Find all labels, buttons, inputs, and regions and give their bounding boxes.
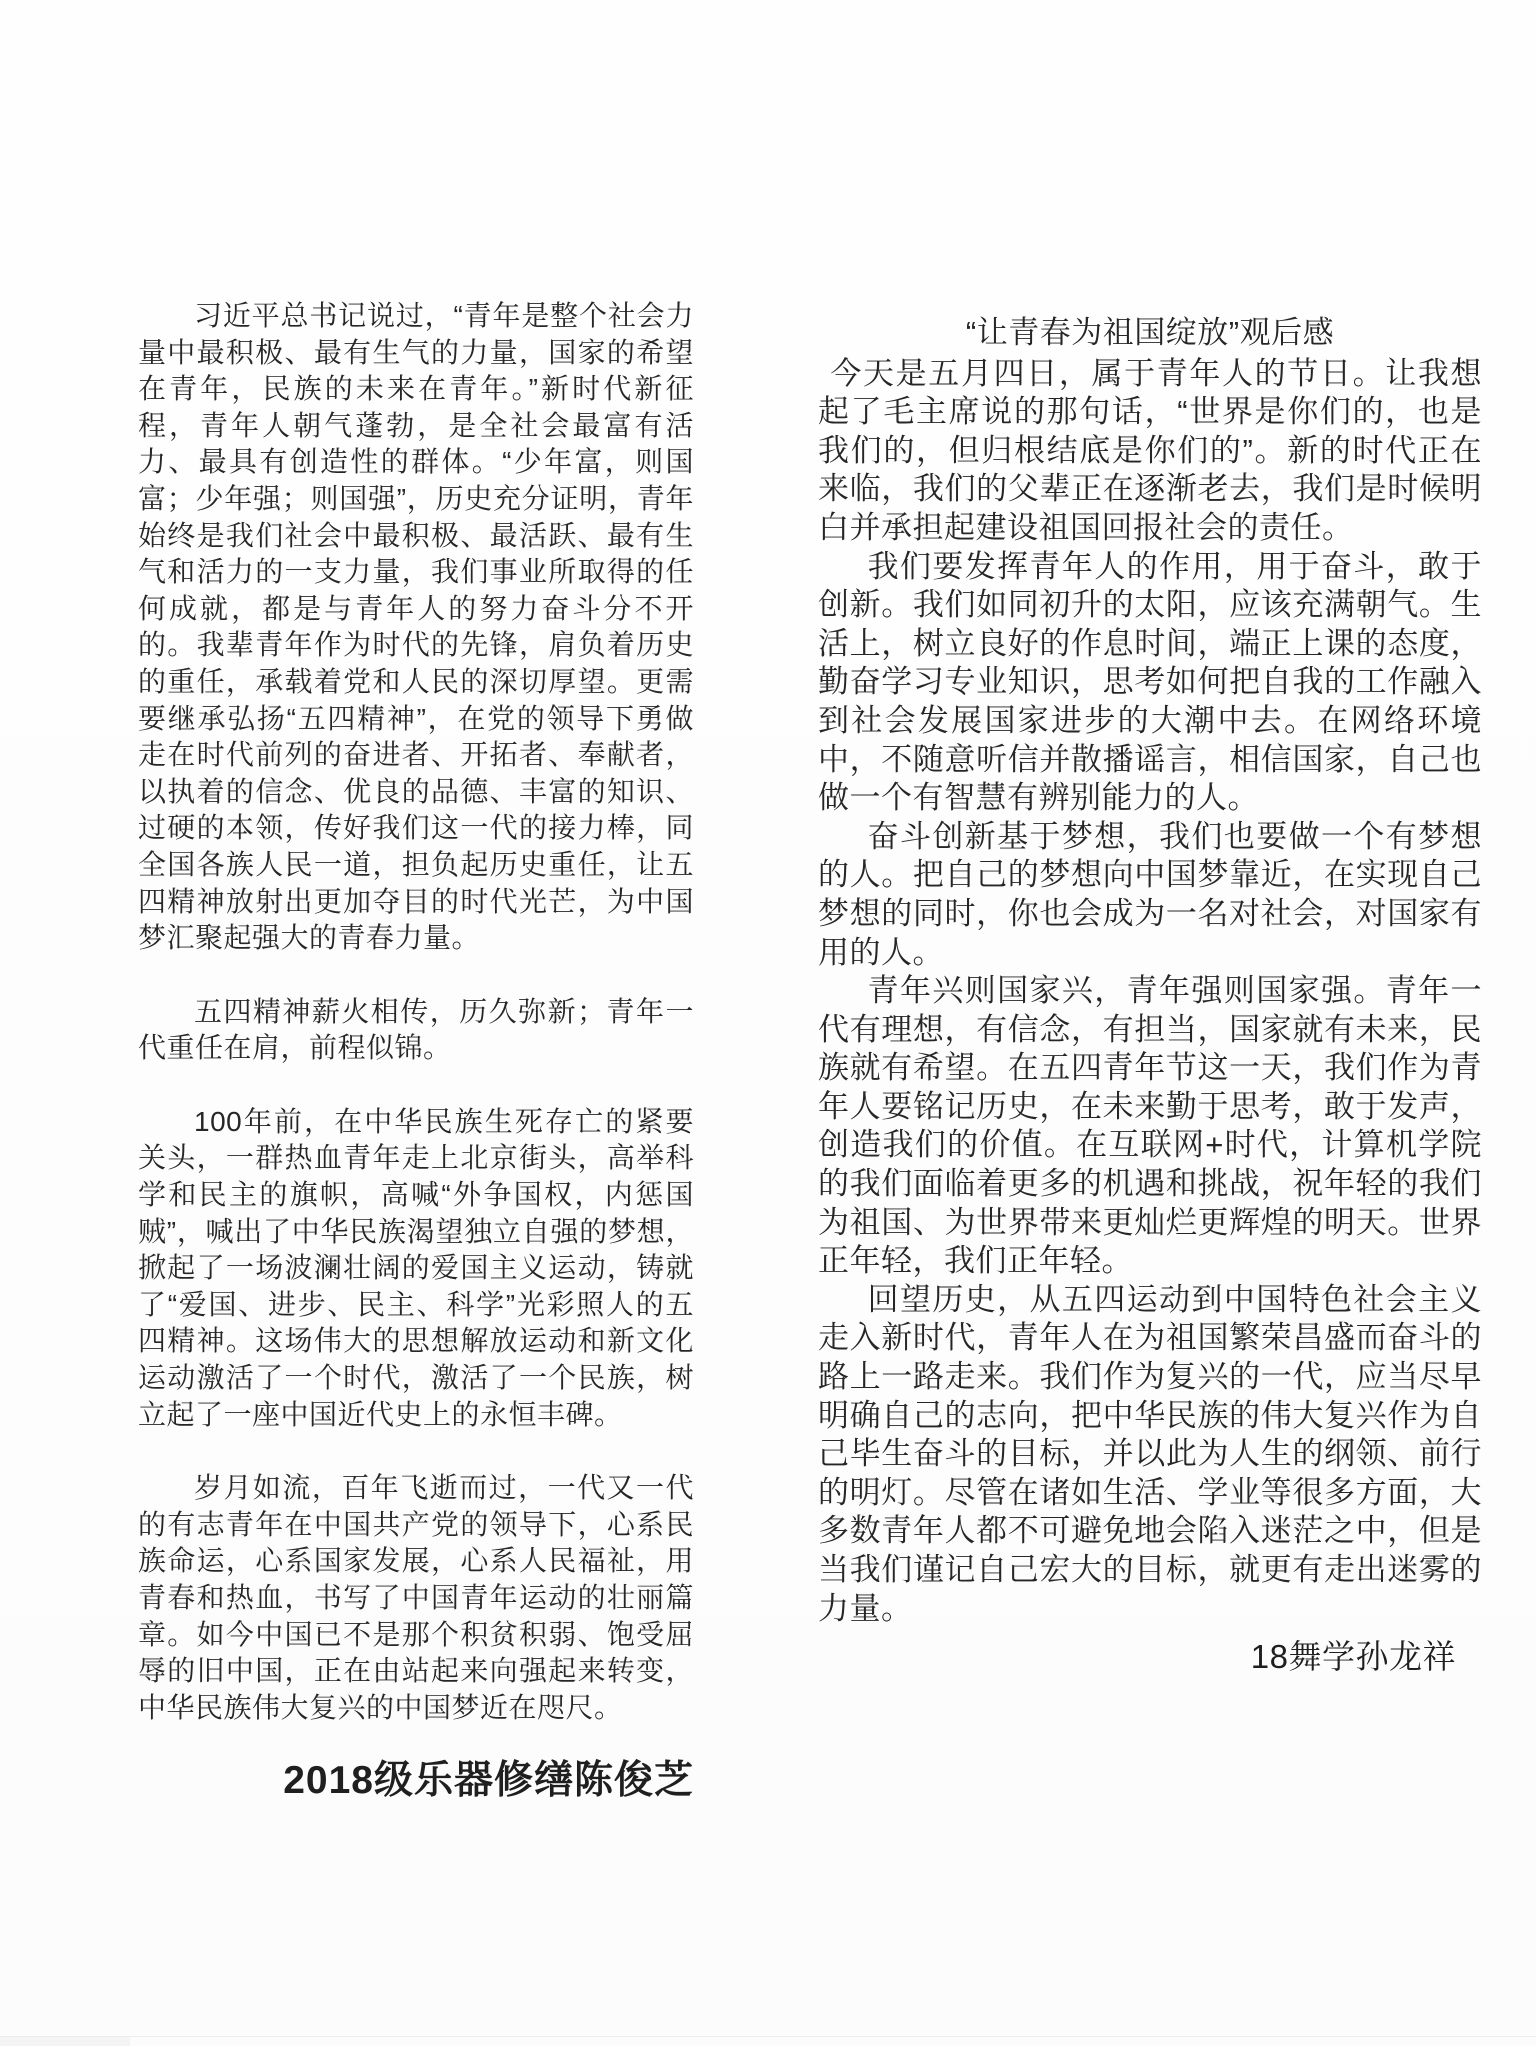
- right-essay-title: “让青春为祖国绽放”观后感: [818, 314, 1482, 353]
- left-essay-signature: 2018级乐器修缮陈俊芝: [138, 1763, 694, 1800]
- right-essay-paragraph: 青年兴则国家兴，青年强则国家强。青年一代有理想，有信念，有担当，国家就有未来，民…: [818, 972, 1482, 1281]
- scanned-document-page: 习近平总书记说过，“青年是整个社会力量中最积极、最有生气的力量，国家的希望在青年…: [0, 0, 1536, 2046]
- right-essay-paragraph: 奋斗创新基于梦想，我们也要做一个有梦想的人。把自己的梦想向中国梦靠近，在实现自己…: [818, 818, 1482, 972]
- left-essay-paragraph: 岁月如流，百年飞逝而过，一代又一代的有志青年在中国共产党的领导下，心系民族命运，…: [138, 1470, 694, 1726]
- scan-bottom-corner-shade: [0, 2037, 130, 2046]
- right-essay-signature: 18舞学孙龙祥: [818, 1638, 1482, 1677]
- right-essay-paragraph: 回望历史，从五四运动到中国特色社会主义走入新时代，青年人在为祖国繁荣昌盛而奋斗的…: [818, 1281, 1482, 1628]
- scan-bottom-edge-line: [0, 2036, 1536, 2037]
- right-essay-paragraph: 今天是五月四日，属于青年人的节日。让我想起了毛主席说的那句话，“世界是你们的，也…: [818, 355, 1482, 548]
- right-essay-column: “让青春为祖国绽放”观后感 今天是五月四日，属于青年人的节日。让我想起了毛主席说…: [818, 314, 1482, 1677]
- right-essay-paragraph: 我们要发挥青年人的作用，用于奋斗，敢于创新。我们如同初升的太阳，应该充满朝气。生…: [818, 548, 1482, 818]
- left-essay-paragraph: 五四精神薪火相传，历久弥新；青年一代重任在肩，前程似锦。: [138, 994, 694, 1067]
- left-essay-column: 习近平总书记说过，“青年是整个社会力量中最积极、最有生气的力量，国家的希望在青年…: [138, 298, 694, 1800]
- left-essay-paragraph: 习近平总书记说过，“青年是整个社会力量中最积极、最有生气的力量，国家的希望在青年…: [138, 298, 694, 957]
- left-essay-paragraph: 100年前，在中华民族生死存亡的紧要关头，一群热血青年走上北京街头，高举科学和民…: [138, 1104, 694, 1433]
